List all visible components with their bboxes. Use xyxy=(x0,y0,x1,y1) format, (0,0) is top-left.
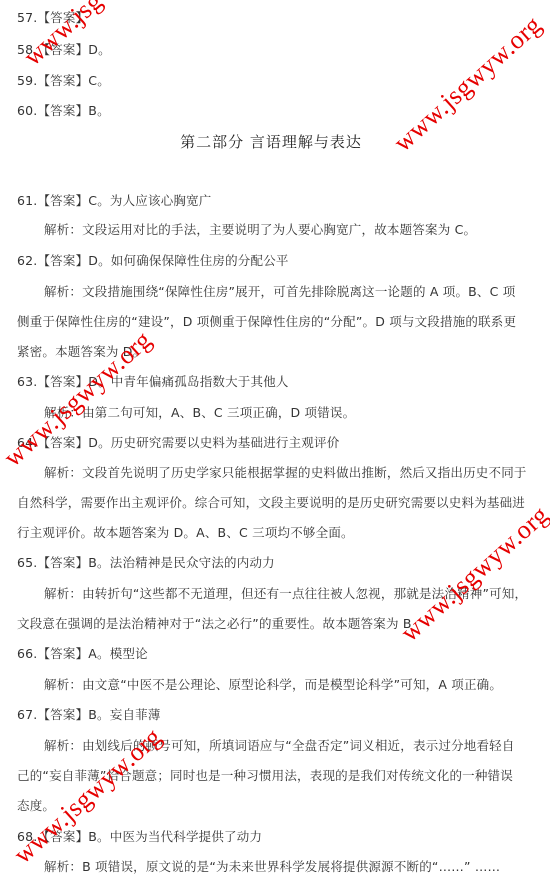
explanation-67-line-2: 己的“妄自菲薄”恰合题意；同时也是一种习惯用法，表现的是我们对传统文化的一种错误 xyxy=(17,768,513,784)
explanation-64-line-1: 解析：文段首先说明了历史学家只能根据掌握的史料做出推断，然后又指出历史不同于 xyxy=(44,465,527,481)
section-title: 第二部分 言语理解与表达 xyxy=(180,133,362,151)
explanation-68-line-1: 解析：B 项错误，原文说的是“为未来世界科学发展将提供源源不断的“……” …… xyxy=(44,859,500,875)
answer-58: 58.【答案】D。 xyxy=(17,42,111,58)
explanation-62-line-2: 侧重于保障性住房的“建设”，D 项侧重于保障性住房的“分配”。D 项与文段措施的… xyxy=(17,314,516,330)
answer-62: 62.【答案】D。如何确保保障性住房的分配公平 xyxy=(17,253,289,269)
section-heading: 第二部分 言语理解与表达 xyxy=(0,131,550,152)
explanation-64-line-2: 自然科学，需要作出主观评价。综合可知，文段主要说明的是历史研究需要以史料为基础进 xyxy=(17,495,525,511)
answer-value: B。 xyxy=(88,103,109,118)
explanation-66-line-1: 解析：由文意“中医不是公理论、原型论科学，而是模型论科学”可知，A 项正确。 xyxy=(44,677,502,693)
answer-value: C。 xyxy=(88,73,110,88)
explanation-65-line-1: 解析：由转折句“这些都不无道理，但还有一点往往被人忽视，那就是法治精神”可知， xyxy=(44,586,527,602)
answer-66: 66.【答案】A。模型论 xyxy=(17,646,148,662)
question-number: 58. xyxy=(17,42,37,57)
explanation-62-line-3: 紧密。本题答案为 D。 xyxy=(17,344,145,360)
answer-label: 【答案】 xyxy=(37,103,88,118)
answer-label: 【答案】 xyxy=(37,42,88,57)
answer-value: D。 xyxy=(88,42,111,57)
question-number: 57. xyxy=(17,10,37,25)
answer-60: 60.【答案】B。 xyxy=(17,103,110,119)
answer-57: 57.【答案】 xyxy=(17,10,88,26)
answer-61: 61.【答案】C。为人应该心胸宽广 xyxy=(17,193,212,209)
explanation-62-line-1: 解析：文段措施围绕“保障性住房”展开，可首先排除脱离这一论题的 A 项。B、C … xyxy=(44,284,515,300)
explanation-67-line-3: 态度。 xyxy=(17,798,55,814)
answer-68: 68.【答案】B。中医为当代科学提供了动力 xyxy=(17,829,262,845)
answer-67: 67.【答案】B。妄自菲薄 xyxy=(17,707,161,723)
question-number: 59. xyxy=(17,73,37,88)
answer-label: 【答案】 xyxy=(37,10,88,25)
explanation-67-line-1: 解析：由划线后的顿号可知，所填词语应与“全盘否定”词义相近，表示过分地看轻自 xyxy=(44,738,515,754)
answer-64: 64.【答案】D。历史研究需要以史料为基础进行主观评价 xyxy=(17,435,339,451)
answer-59: 59.【答案】C。 xyxy=(17,73,110,89)
explanation-61-line-1: 解析：文段运用对比的手法，主要说明了为人要心胸宽广，故本题答案为 C。 xyxy=(44,222,476,238)
explanation-63-line-1: 解析：由第二句可知，A、B、C 三项正确，D 项错误。 xyxy=(44,405,355,421)
answer-63: 63.【答案】D。中青年偏痛孤岛指数大于其他人 xyxy=(17,374,289,390)
explanation-65-line-2: 文段意在强调的是法治精神对于“法之必行”的重要性。故本题答案为 B xyxy=(17,616,412,632)
answer-label: 【答案】 xyxy=(37,73,88,88)
watermark-mid-right: www.jsgwyw.org xyxy=(395,500,550,648)
question-number: 60. xyxy=(17,103,37,118)
document-page: 57.【答案】 58.【答案】D。 59.【答案】C。 60.【答案】B。 第二… xyxy=(0,0,550,878)
answer-65: 65.【答案】B。法治精神是民众守法的内动力 xyxy=(17,555,275,571)
explanation-64-line-3: 行主观评价。故本题答案为 D。A、B、C 三项均不够全面。 xyxy=(17,525,354,541)
